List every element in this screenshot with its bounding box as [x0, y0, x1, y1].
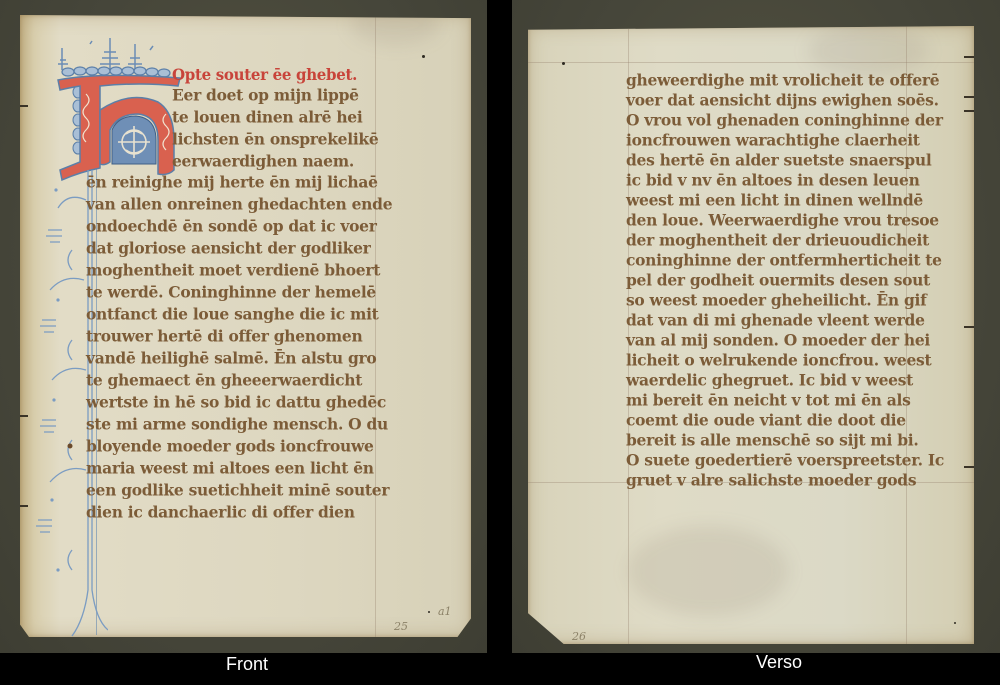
text-line: ioncfrouwen warachtighe claerheit	[626, 130, 920, 150]
text-line: coninghinne der ontfermherticheit te	[626, 250, 942, 270]
text-line: bloyende moeder gods ioncfrouwe	[86, 436, 374, 456]
text-line: vandē heilighē salmē. Ēn alstu gro	[86, 348, 376, 368]
verso-photo-panel: 26 gheweerdighe mit vrolicheit te offerē…	[512, 0, 1000, 653]
text-line: des hertē ēn alder suetste snaerspul	[626, 150, 931, 170]
text-line: bereit is alle menschē so sijt mi bi.	[626, 430, 918, 450]
sewing-mark	[964, 56, 974, 58]
ruling-line	[528, 62, 974, 63]
text-line: te werdē. Coninghinne der hemelē	[86, 282, 376, 302]
caption-front: Front	[226, 654, 268, 675]
text-line: pel der godheit ouermits desen sout	[626, 270, 930, 290]
text-line: mi bereit ēn neicht v tot mi ēn als	[626, 390, 911, 410]
text-line: coemt die oude viant die doot die	[626, 410, 906, 430]
text-line: ontfanct die loue sanghe die ic mit	[86, 304, 379, 324]
text-line: waerdelic ghegruet. Ic bid v weest	[626, 370, 913, 390]
text-line: dat gloriose aensicht der godliker	[86, 238, 371, 258]
decorated-initial-h-icon	[40, 30, 190, 190]
text-line: ic bid v nv ēn altoes in desen leuen	[626, 170, 920, 190]
text-line: van allen onreinen ghedachten ende	[86, 194, 392, 214]
stain	[628, 526, 788, 616]
folio-number: 26	[572, 630, 586, 643]
stain	[350, 5, 440, 45]
text-line: dat van di mi ghenade vleent werde	[626, 310, 925, 330]
text-line: licheit o welrukende ioncfrou. weest	[626, 350, 931, 370]
text-line: van al mij sonden. O moeder der hei	[626, 330, 930, 350]
text-line: weest mi een licht in dinen wellndē	[626, 190, 923, 210]
sewing-mark	[20, 105, 28, 107]
text-line: te louen dinen alrē hei	[172, 107, 362, 127]
folio-number: 25	[394, 620, 408, 633]
text-line: ondoechdē ēn sondē op dat ic voer	[86, 216, 377, 236]
folio-mark: a1	[438, 605, 452, 618]
text-line: so weest moeder gheheilicht. Ēn gif	[626, 290, 926, 310]
pricking-hole	[428, 611, 430, 613]
text-line: gheweerdighe mit vrolicheit te offerē	[626, 70, 939, 90]
pricking-hole	[422, 55, 425, 58]
text-line: trouwer hertē di offer ghenomen	[86, 326, 362, 346]
text-line: moghentheit moet verdienē bhoert	[86, 260, 380, 280]
sewing-mark	[20, 415, 28, 417]
text-line: voer dat aensicht dijns ewighen soēs.	[626, 90, 939, 110]
text-line: lichsten ēn onsprekelikē	[172, 129, 378, 149]
front-text-block-lower: ēn reinighe mij herte ēn mij lichaē van …	[86, 172, 416, 492]
text-line: O vrou vol ghenaden coninghinne der	[626, 110, 943, 130]
text-line: der moghentheit der drieuoudicheit	[626, 230, 929, 250]
pricking-hole	[954, 622, 956, 624]
text-line: ste mi arme sondighe mensch. O du	[86, 414, 388, 434]
pricking-hole	[562, 62, 565, 65]
text-line: ēn reinighe mij herte ēn mij lichaē	[86, 172, 378, 192]
front-photo-panel: 25 a1	[0, 0, 487, 653]
rubric-heading: Opte souter ēe ghebet.	[172, 66, 357, 86]
text-line: gruet v alre salichste moeder gods	[626, 470, 916, 490]
text-line: wertste in hē so bid ic dattu ghedēc	[86, 392, 386, 412]
text-line: O suete goedertierē voerspreetster. Ic	[626, 450, 944, 470]
caption-verso: Verso	[756, 652, 802, 673]
stain	[808, 26, 928, 76]
text-line: den loue. Weerwaerdighe vrou tresoe	[626, 210, 939, 230]
text-line: eerwaerdighen naem.	[172, 151, 354, 171]
text-line: te ghemaect ēn gheeerwaerdicht	[86, 370, 362, 390]
verso-text-block: gheweerdighe mit vrolicheit te offerē vo…	[626, 70, 986, 490]
text-line: maria weest mi altoes een licht ēn	[86, 458, 374, 478]
text-line: Eer doet op mijn lippē	[172, 85, 359, 105]
text-line: dien ic danchaerlic di offer dien	[86, 502, 355, 522]
text-line: een godlike suetichheit minē souter	[86, 480, 389, 500]
sewing-mark	[20, 505, 28, 507]
